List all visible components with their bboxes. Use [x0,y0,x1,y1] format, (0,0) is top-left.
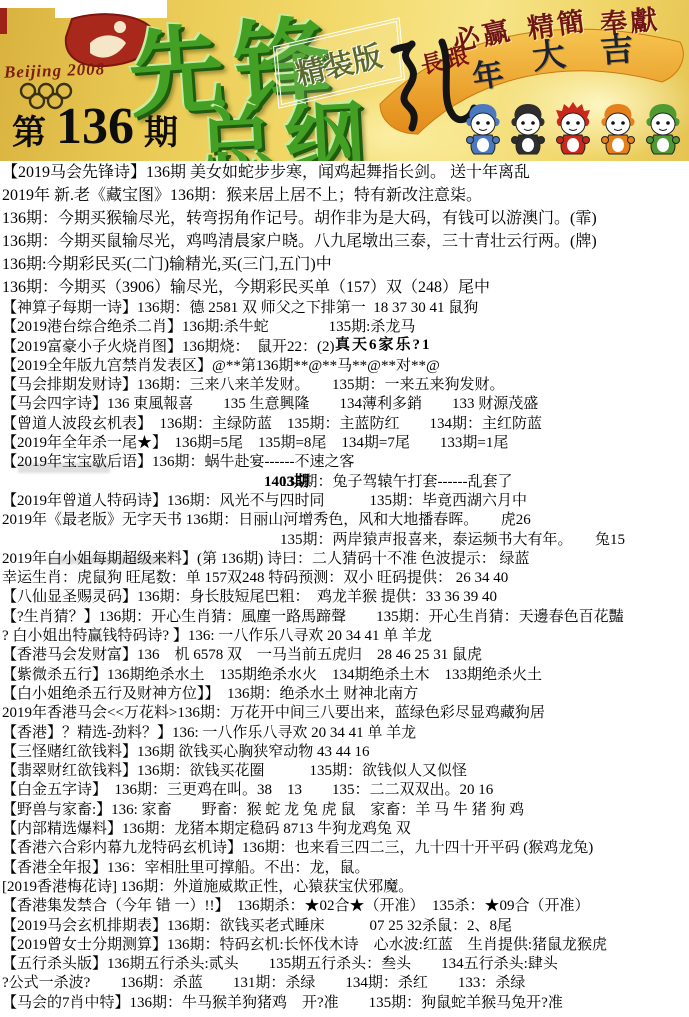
tip-line: 【八仙显圣赐灵码】136期：身长肢短尾巴粗： 鸡龙羊猴 提供：33 36 39 … [2,588,689,607]
tip-text: [2019香港梅花诗] 136期：外道施威欺正性，心猿获宝伏邪魔。 [2,879,413,895]
tip-line: 136期：今期买（3906）输尽光，今期彩民买单（157）双（248）尾中 [2,276,689,299]
tip-text: 【2019曾女士分期测算】136期：特码玄机:长怀伐木诗 心水波:红蓝 生肖提供… [2,937,607,953]
tip-text: 136期：今期买（3906）输尽光，今期彩民买单（157）双（248）尾中 [2,279,490,296]
tip-line: 幸运生肖：虎鼠狗 旺尾数：单 157双248 特码预测：双小 旺码提供： 26 … [2,569,689,588]
mascot-jingjing-icon [507,102,549,158]
tip-line: 【2019年全年杀一尾★】 136期=5尾 135期=8尾 134期=7尾 13… [2,434,689,453]
tip-line: 【白小姐绝杀五行及财神方位】】 136期：绝杀水土 财神北南方 [2,685,689,704]
mascot-huanhuan-icon [552,102,594,158]
tip-line: 【野兽与家畜:】136: 家畜 野畜：猴 蛇 龙 兔 虎 鼠 家畜：羊 马 牛 … [2,801,689,820]
tip-line: 【神算子每期一诗】136期：德 2581 双 师父之下排第一 18 37 30 … [2,299,689,318]
tip-line: 【2019马会玄机排期表】136期：欲钱买老式睡床 07 25 32杀鼠：2、8… [2,917,689,936]
tip-text: 【翡翠财红欲钱料】136期：欲钱买花圈 135期：欲钱似人又似怪 [2,763,467,779]
tip-sheet-page: Beijing 2008 第 136 期 先锋 总纲 精装版 必赢 精簡 奉獻 … [0,0,689,1017]
tip-text: 【三怪赌红欲钱料】136期 欲钱买心胸狭窄动物 43 44 16 [2,744,370,760]
tip-text: 【香港集发禁合（今年 错 一）!!】 136期杀：★02合★（开准） 135杀：… [2,898,590,914]
tip-text: 2019年香港马会<<万花料>136期：万花开中间三八要出来，蓝绿色彩尽显鸡藏狗… [2,705,545,721]
tip-text: 136期:今期彩民买(二门)输精光,买(三门,五门)中 [2,256,332,273]
tip-text: 【曾道人波段玄机表】 136期：主绿防蓝 135期：主蓝防红 134期：主红防蓝 [2,416,542,432]
tip-text: 【白小姐绝杀五行及财神方位】】 136期：绝杀水土 财神北南方 [2,686,418,702]
tip-line: 136期：今期买鼠输尽光，鸡鸣清晨家户晓。八九尾墩出三泰，三十青壮云行两。(牌) [2,230,689,253]
tip-text: 【2019年宝宝歇后语】136期：蜗牛赴宴------不速之客 [2,454,354,470]
tips-text-sheet: 【2019马会先锋诗】136期 美女如蛇步步寒，闻鸡起舞指长剑。 送十年离乱 2… [2,161,689,1013]
badge-label: 精装版 [292,33,386,93]
tip-text: 【内部精选爆料】136期：龙猪本期定稳码 8713 牛狗龙鸡兔 双 [2,821,411,837]
header-banner: Beijing 2008 第 136 期 先锋 总纲 精装版 必赢 精簡 奉獻 … [0,0,689,161]
tip-line: 【三怪赌红欲钱料】136期 欲钱买心胸狭窄动物 43 44 16 [2,743,689,762]
tip-text: 【香港】？精选-劲料？】136: 一八作乐八寻欢 20 34 41 单 羊龙 [2,725,416,741]
tip-line: 【内部精选爆料】136期：龙猪本期定稳码 8713 牛狗龙鸡兔 双 [2,820,689,839]
tip-text: 【紫微杀五行】136期绝杀水土 135期绝杀水火 134期绝杀土木 133期绝杀… [2,667,542,683]
watermark-overlay: 1403期 [264,473,309,492]
tip-text: 【香港全年报】136：宰相肚里可撑船。不出：龙，鼠。 [2,860,370,876]
tip-line: 【2019富豪小子火烧肖图】136期烧： 鼠开22：(2)真天6家乐?1 [2,338,689,357]
tip-line: 【香港马会发财富】136 机 6578 双 一马当前五虎归 28 46 25 3… [2,646,689,665]
mascot-nini-icon [642,102,684,158]
tip-text: 【五行杀头版】136期五行杀头:贰头 135期五行杀头：叁头 134五行杀头:肆… [2,956,558,972]
tip-line: 【2019曾女士分期测算】136期：特码玄机:长怀伐木诗 心水波:红蓝 生肖提供… [2,936,689,955]
tip-line: 【马会排期发财诗】136期：三来八来羊发财。 135期：一来五来狗发财。 [2,376,689,395]
tip-line: 【五行杀头版】136期五行杀头:贰头 135期五行杀头：叁头 134五行杀头:肆… [2,955,689,974]
tip-text: ?公式一杀波? 136期：杀蓝 131期：杀绿 134期：杀红 133：杀绿 [2,975,525,991]
tip-line: 2019年《最老版》无字天书 136期：日丽山河增秀色，风和大地播春晖。 虎26 [2,511,689,530]
tip-text: 135期：兔子驾辕午打套------乱套了 [280,474,512,490]
banner-char: 大 [529,28,567,79]
tip-text: 【2019全年版九宫禁肖发表区】@**第136期**@**马**@**对**@ [2,358,440,374]
fuwa-mascots-row [462,102,684,158]
tip-text: 【神算子每期一诗】136期：德 2581 双 师父之下排第一 18 37 30 … [2,300,478,316]
tip-text: 【香港马会发财富】136 机 6578 双 一马当前五虎归 28 46 25 3… [2,647,482,663]
issue-value: 136 [56,104,134,151]
tip-text: 【八仙显圣赐灵码】136期：身长肢短尾巴粗： 鸡龙羊猴 提供：33 36 39 … [2,589,497,605]
scan-white-strip [0,0,58,8]
mascot-beibei-icon [462,102,504,158]
tip-text: 【?生肖猜？】136期：开心生肖猜：風塵一路馬蹄聲 135期：开心生肖猜：天邊春… [2,609,624,625]
tip-text: 【2019富豪小子火烧肖图】136期烧： 鼠开22：(2) [2,339,335,355]
tip-text: 【2019年曾道人特码诗】136期：风光不与四时同 135期：毕竟西湖六月中 [2,493,527,509]
tip-text: 【马会的7肖中特】136期：牛马猴羊狗猪鸡 开?准 135期：狗鼠蛇羊猴马兔开?… [2,995,563,1011]
tip-text: 136期：今期买鼠输尽光，鸡鸣清晨家户晓。八九尾墩出三泰，三十青壮云行两。(牌) [2,233,597,250]
tip-line: 2019年香港马会<<万花料>136期：万花开中间三八要出来，蓝绿色彩尽显鸡藏狗… [2,704,689,723]
tip-line: 【香港集发禁合（今年 错 一）!!】 136期杀：★02合★（开准） 135杀：… [2,897,689,916]
tip-line: [2019香港梅花诗] 136期：外道施威欺正性，心猿获宝伏邪魔。 [2,878,689,897]
tip-line: 136期：今期买猴输尽光，转弯拐角作记号。胡作非为是大码，有钱可以游澳门。(霏) [2,207,689,230]
tip-text: 2019年《最老版》无字天书 136期：日丽山河增秀色，风和大地播春晖。 虎26 [2,512,531,528]
tip-text: 2019年 新.老《藏宝图》136期：猴来居上居不上；特有新改注意柒。 [2,187,482,204]
tip-line: ? 白小姐出特赢钱特码诗? 】136: 一八作乐八寻欢 20 34 41 单 羊… [2,627,689,646]
tip-line: ?公式一杀波? 136期：杀蓝 131期：杀绿 134期：杀红 133：杀绿 [2,974,689,993]
tip-text: 【2019港台综合绝杀二肖】136期:杀牛蛇 135期:杀龙马 [2,319,415,335]
mascot-yingying-icon [597,102,639,158]
tip-line: 【曾道人波段玄机表】 136期：主绿防蓝 135期：主蓝防红 134期：主红防蓝 [2,415,689,434]
tip-text: 【野兽与家畜:】136: 家畜 野畜：猴 蛇 龙 兔 虎 鼠 家畜：羊 马 牛 … [2,802,524,818]
tip-line: 【翡翠财红欲钱料】136期：欲钱买花圈 135期：欲钱似人又似怪 [2,762,689,781]
tip-line: 【2019年曾道人特码诗】136期：风光不与四时同 135期：毕竟西湖六月中 [2,492,689,511]
issue-prefix: 第 [12,117,46,151]
tip-text: 幸运生肖：虎鼠狗 旺尾数：单 157双248 特码预测：双小 旺码提供： 26 … [2,570,508,586]
tip-text: ? 白小姐出特赢钱特码诗? 】136: 一八作乐八寻欢 20 34 41 单 羊… [2,628,432,644]
watermark-overlay: 真天6家乐?1 [335,336,432,355]
tip-line: 【马会的7肖中特】136期：牛马猴羊狗猪鸡 开?准 135期：狗鼠蛇羊猴马兔开?… [2,994,689,1013]
scan-red-mark [0,8,7,34]
tip-line: 2019年白小姐每期超级来料】(第 136期) 诗曰：二人猜码十不准 色波提示：… [2,550,689,569]
tip-text: 【白金五字诗】 136期：三更鸡在叫。38 13 135：二二双双出。20 16 [2,782,493,798]
tip-line: 【2019马会先锋诗】136期 美女如蛇步步寒，闻鸡起舞指长剑。 送十年离乱 [2,161,689,184]
tip-text: 【2019年全年杀一尾★】 136期=5尾 135期=8尾 134期=7尾 13… [2,435,508,451]
tip-line: 【?生肖猜？】136期：开心生肖猜：風塵一路馬蹄聲 135期：开心生肖猜：天邊春… [2,608,689,627]
banner-char: 吉 [598,23,634,72]
tip-line: 135期：两岸猿声报喜来，泰运频书大有年。 兔15 [2,531,689,550]
tip-line: 【紫微杀五行】136期绝杀水土 135期绝杀水火 134期绝杀土木 133期绝杀… [2,666,689,685]
tip-text: 【2019马会玄机排期表】136期：欲钱买老式睡床 07 25 32杀鼠：2、8… [2,918,512,934]
tip-text: 【马会排期发财诗】136期：三来八来羊发财。 135期：一来五来狗发财。 [2,377,505,393]
tip-line: 【2019年宝宝歇后语】136期：蜗牛赴宴------不速之客 [2,453,689,472]
tip-text: 135期：两岸猿声报喜来，泰运频书大有年。 兔15 [280,532,625,548]
tip-line: 【香港】？精选-劲料？】136: 一八作乐八寻欢 20 34 41 单 羊龙 [2,724,689,743]
tip-line: 【马会四字诗】136 東風報喜 135 生意興隆 134薄利多銷 133 财源茂… [2,395,689,414]
tip-text: 2019年白小姐每期超级来料】(第 136期) 诗曰：二人猜码十不准 色波提示：… [2,551,530,567]
tip-line: 【白金五字诗】 136期：三更鸡在叫。38 13 135：二二双双出。20 16 [2,781,689,800]
tip-line: 135期：兔子驾辕午打套------乱套了1403期 [2,473,689,492]
tip-line: 【香港六合彩内幕九龙特码玄机诗】136期：也来看三四二三，九十四十开平码 (猴鸡… [2,839,689,858]
tip-text: 【香港六合彩内幕九龙特码玄机诗】136期：也来看三四二三，九十四十开平码 (猴鸡… [2,840,593,856]
tip-line: 136期:今期彩民买(二门)输精光,买(三门,五门)中 [2,253,689,276]
tip-line: 【香港全年报】136：宰相肚里可撑船。不出：龙，鼠。 [2,859,689,878]
tip-text: 136期：今期买猴输尽光，转弯拐角作记号。胡作非为是大码，有钱可以游澳门。(霏) [2,210,597,227]
tip-line: 【2019全年版九宫禁肖发表区】@**第136期**@**马**@**对**@ [2,357,689,376]
tip-text: 【2019马会先锋诗】136期 美女如蛇步步寒，闻鸡起舞指长剑。 送十年离乱 [2,164,530,181]
tip-line: 2019年 新.老《藏宝图》136期：猴来居上居不上；特有新改注意柒。 [2,184,689,207]
tip-text: 【马会四字诗】136 東風報喜 135 生意興隆 134薄利多銷 133 财源茂… [2,396,538,412]
